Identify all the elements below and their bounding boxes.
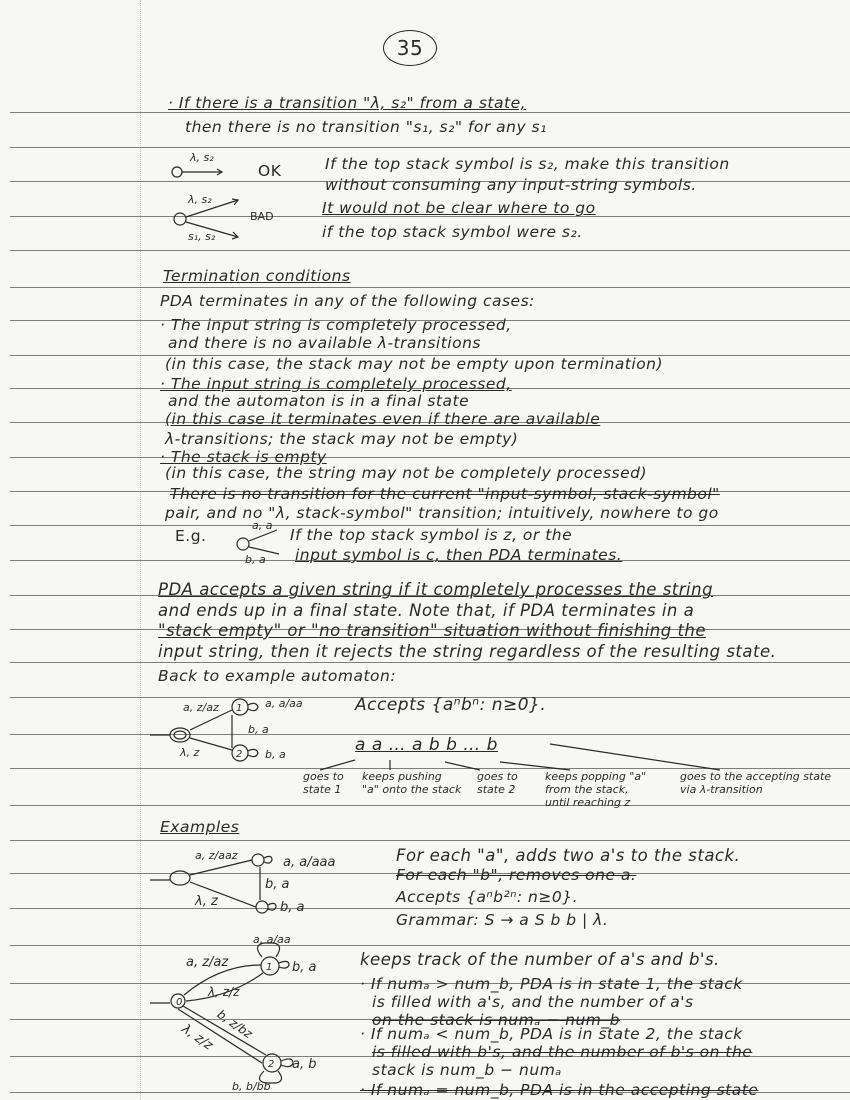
termination-line: · The input string is completely process… — [160, 316, 512, 334]
examples-heading: Examples — [160, 818, 239, 836]
termination-line: pair, and no "λ, stack-symbol" transitio… — [165, 504, 719, 522]
ex2-edge-1-to-0: λ, z/z — [208, 985, 239, 999]
termination-intro: PDA terminates in any of the following c… — [160, 292, 535, 310]
ok-text-2: without consuming any input-string symbo… — [325, 176, 697, 194]
ex1-line: For each "b", removes one a. — [396, 866, 636, 884]
ruled-line — [10, 805, 850, 806]
ruled-line — [10, 945, 850, 946]
ex1-line: Accepts {aⁿb²ⁿ: n≥0}. — [396, 888, 578, 906]
termination-line: (in this case it terminates even if ther… — [165, 410, 600, 428]
annotation: keeps popping "a" from the stack, until … — [545, 770, 653, 809]
eg-label: E.g. — [175, 527, 207, 545]
page-number: 35 — [383, 30, 437, 66]
edge-loop-2: b, a — [265, 748, 286, 761]
ruled-line — [10, 457, 850, 458]
ex2-edge-0-to-1: a, z/az — [186, 955, 228, 970]
ruled-line — [10, 112, 850, 113]
svg-text:0: 0 — [176, 997, 182, 1008]
termination-line: and the automaton is in a final state — [168, 392, 469, 410]
ex2-line: stack is num_b − numₐ — [372, 1061, 562, 1079]
termination-line: (in this case, the stack may not be empt… — [165, 355, 663, 373]
ex1-edge-loop-1: a, a/aaa — [283, 855, 335, 870]
ex2-line: · If numₐ = num_b, PDA is in the accepti… — [360, 1081, 758, 1099]
rule-line-1: · If there is a transition "λ, s₂" from … — [168, 94, 526, 112]
ex1-line: Grammar: S → a S b b | λ. — [396, 911, 608, 929]
ex2-line: is filled with b's, and the number of b'… — [372, 1043, 752, 1061]
bad-edge-label-top: λ, s₂ — [188, 193, 212, 206]
ex2-line: · If numₐ > num_b, PDA is in state 1, th… — [360, 975, 743, 993]
annotation: goes to state 1 — [303, 770, 351, 796]
bad-edge-label-bottom: s₁, s₂ — [188, 230, 215, 243]
bad-verdict: BAD — [250, 210, 274, 223]
svg-text:1: 1 — [236, 703, 242, 714]
ex2-line: · If numₐ < num_b, PDA is in state 2, th… — [360, 1025, 743, 1043]
ok-text-1: If the top stack symbol is s₂, make this… — [325, 155, 730, 173]
ok-verdict: OK — [258, 162, 281, 180]
termination-line: There is no transition for the current "… — [170, 485, 720, 503]
ruled-line — [10, 908, 850, 909]
termination-line: λ-transitions; the stack may not be empt… — [165, 430, 518, 448]
termination-line: · The input string is completely process… — [160, 375, 512, 393]
ruled-line — [10, 250, 850, 251]
eg-edge-bottom: b, a — [245, 553, 266, 566]
ruled-line — [10, 287, 850, 288]
eg-edge-top: a, a — [252, 519, 272, 532]
ex2-edge-loop-2-right: a, b — [292, 1057, 316, 1072]
edge-2-to-start: λ, z — [180, 746, 199, 759]
ex2-edge-loop-1-right: b, a — [292, 960, 316, 975]
back-heading: Back to example automaton: — [158, 667, 396, 685]
annotation: goes to state 2 — [477, 770, 527, 796]
ex1-line: For each "a", adds two a's to the stack. — [396, 846, 740, 865]
annotation: goes to the accepting state via λ-transi… — [680, 770, 840, 796]
acceptance-line: input string, then it rejects the string… — [158, 642, 776, 661]
ex1-edge-start-to-1: a, z/aaz — [195, 849, 237, 862]
eg-text-1: If the top stack symbol is z, or the — [290, 526, 572, 544]
eg-text-2: input symbol is c, then PDA terminates. — [295, 546, 622, 564]
ex2-line: keeps track of the number of a's and b's… — [360, 950, 720, 969]
ex2-line: is filled with a's, and the number of a'… — [372, 993, 694, 1011]
svg-text:2: 2 — [236, 749, 242, 760]
acceptance-line: PDA accepts a given string if it complet… — [158, 580, 713, 599]
ok-edge-label: λ, s₂ — [190, 151, 214, 164]
ex1-edge-2-to-start: λ, z — [195, 894, 218, 909]
ex1-edge-loop-2: b, a — [280, 900, 304, 915]
acceptance-line: "stack empty" or "no transition" situati… — [158, 621, 706, 640]
termination-heading: Termination conditions — [163, 267, 351, 285]
termination-line: (in this case, the string may not be com… — [165, 464, 647, 482]
annotation: keeps pushing "a" onto the stack — [362, 770, 462, 796]
svg-text:1: 1 — [266, 962, 272, 973]
svg-text:2: 2 — [268, 1059, 274, 1070]
acceptance-line: and ends up in a final state. Note that,… — [158, 601, 694, 620]
ex1-edge-1-to-2: b, a — [265, 877, 289, 892]
example2-automaton-diagram: 0 1 2 — [150, 935, 350, 1100]
ruled-line — [10, 662, 850, 663]
termination-line: and there is no available λ-transitions — [168, 334, 481, 352]
bad-text-1: It would not be clear where to go — [322, 199, 596, 217]
bad-text-2: if the top stack symbol were s₂. — [322, 223, 583, 241]
ruled-line — [10, 147, 850, 148]
rule-line-2: then there is no transition "s₁, s₂" for… — [185, 118, 547, 136]
edge-start-to-1: a, z/az — [183, 701, 219, 714]
accepts-language: Accepts {aⁿbⁿ: n≥0}. — [355, 695, 546, 715]
edge-1-to-2: b, a — [248, 723, 269, 736]
ex2-edge-loop-2-bottom: b, b/bb — [232, 1080, 271, 1093]
margin-line — [140, 0, 142, 1100]
ruled-line — [10, 840, 850, 841]
edge-loop-1: a, a/aa — [265, 697, 303, 710]
ex2-edge-loop-1-top: a, a/aa — [253, 933, 291, 946]
